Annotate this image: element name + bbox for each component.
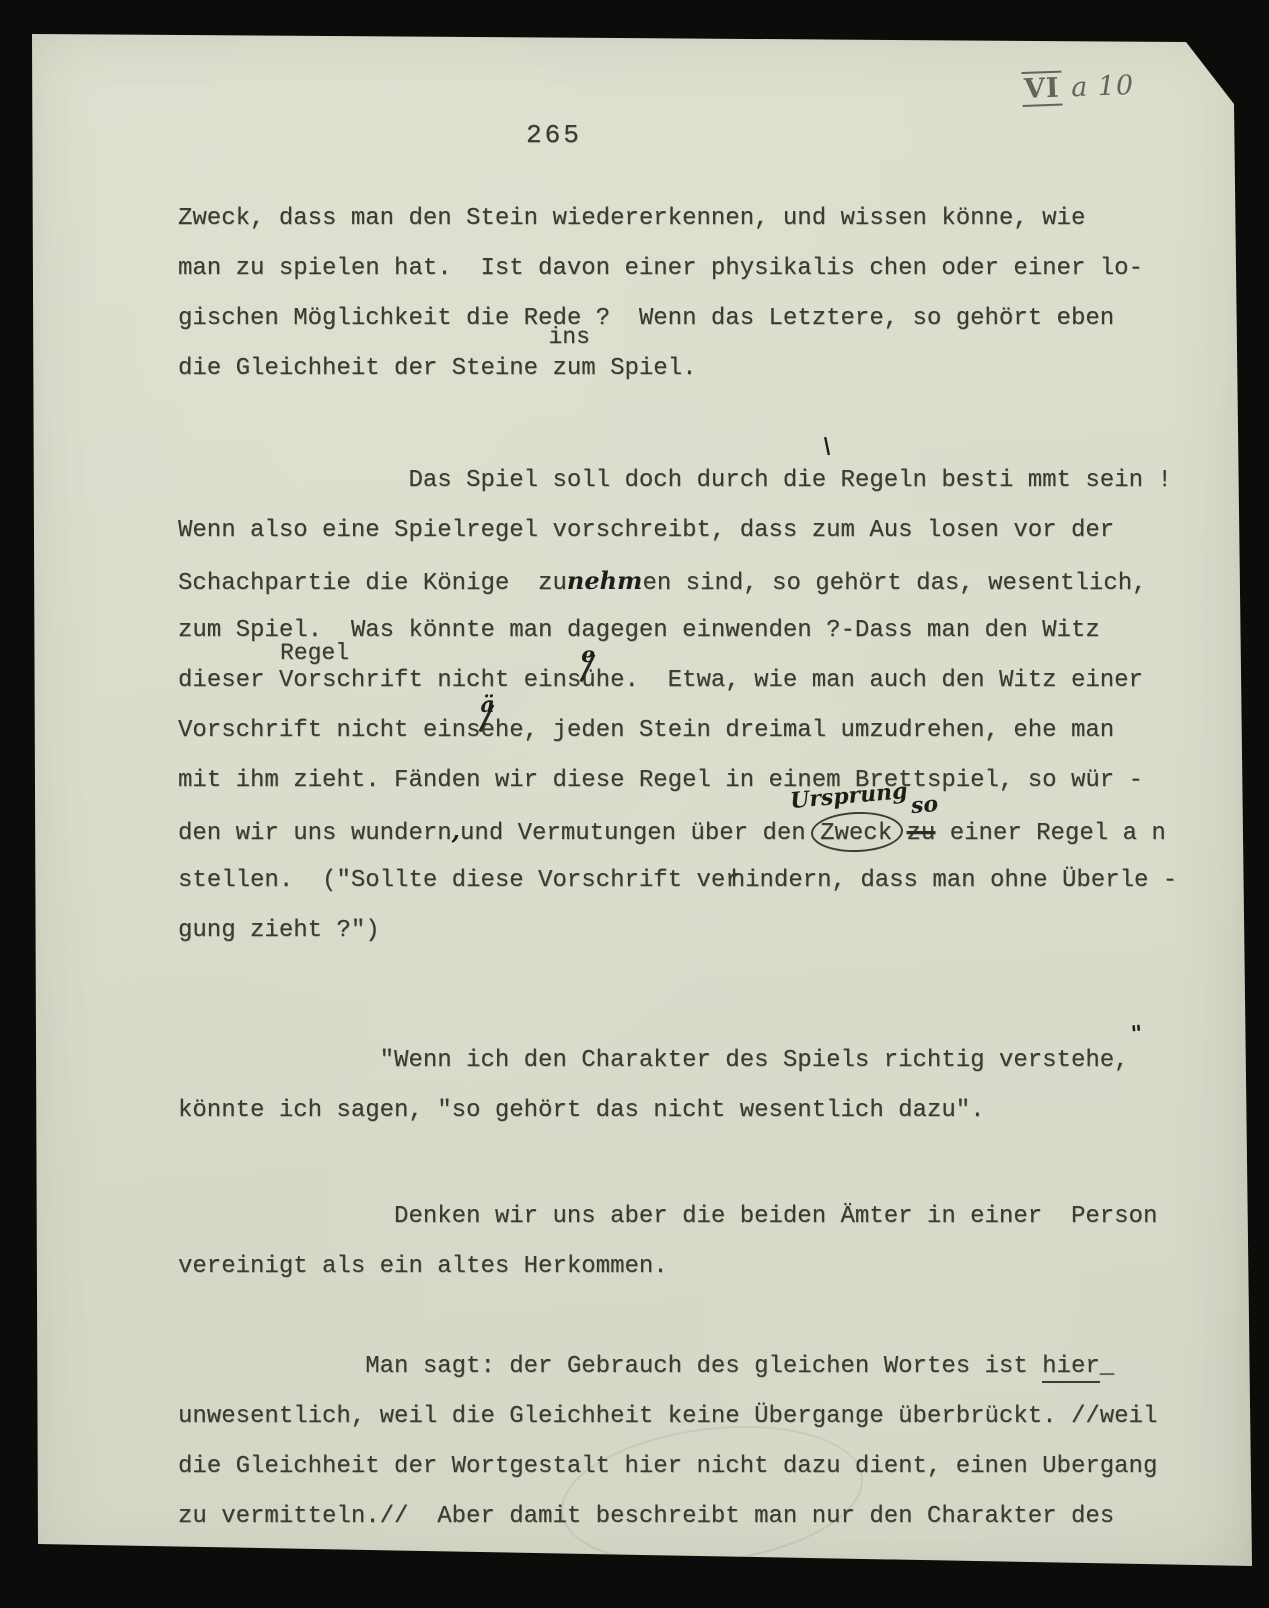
typescript-line: zu vermitteln.// Aber damit beschreibt m…: [178, 1492, 1238, 1542]
typed-text: Denken wir uns aber die beiden Ämter in …: [178, 1203, 1157, 1230]
typescript-line: Denken wir uns aber die beiden Ämter in …: [178, 1192, 1238, 1242]
paragraph: Zweck, dass man den Stein wiedererkennen…: [178, 194, 1238, 394]
circled-word: Zweck: [820, 820, 892, 847]
typed-text: Regeln besti mmt sein !: [841, 467, 1172, 494]
typed-text: dieser Vorschrift nicht eins: [178, 667, 581, 694]
typescript-line: Man sagt: der Gebrauch des gleichen Wort…: [178, 1342, 1238, 1392]
typescript-line: unwesentlich, weil die Gleichheit keine …: [178, 1392, 1238, 1442]
typescript-text: Zweck, dass man den Stein wiedererkennen…: [178, 194, 1238, 1542]
fold-crease: [1179, 25, 1241, 103]
typescript-line: "Wenn ich den Charakter des Spiels richt…: [178, 1036, 1238, 1086]
handwritten-letter: ä: [480, 680, 494, 730]
typescript-line: Wenn also eine Spielregel vorschreibt, d…: [178, 506, 1238, 556]
typescript-line: man zu spielen hat. Ist davon einer phys…: [178, 244, 1238, 294]
typed-text: Wenn also eine Spielregel vorschreibt, d…: [178, 517, 1114, 544]
handwritten-insertion: ": [1129, 1021, 1143, 1048]
handwritten-letter: e: [581, 630, 595, 680]
typescript-line: Regeldieser Vorschrift nicht einsüehe. E…: [178, 656, 1238, 706]
typed-text: den wir uns wundern: [178, 820, 452, 847]
paragraph: Denken wir uns aber die beiden Ämter in …: [178, 1192, 1238, 1292]
typescript-line: stellen. ("Sollte diese Vorschrift verhi…: [178, 856, 1238, 906]
typed-text: Das Spiel soll doch durch die: [178, 467, 841, 494]
typed-insertion: ins: [548, 324, 589, 350]
typed-text: man zu spielen hat. Ist davon einer phys…: [178, 255, 1143, 282]
typescript-line: könnte ich sagen, "so gehört das nicht w…: [178, 1086, 1238, 1136]
handwritten-insertion: \: [821, 433, 831, 460]
letter-correction: eä: [480, 706, 494, 756]
typed-text: indern, dass man ohne Überle -: [745, 867, 1177, 894]
typed-text: zu vermitteln.// Aber damit beschreibt m…: [178, 1503, 1114, 1530]
typed-text: stellen. ("Sollte diese Vorschrift ve: [178, 867, 725, 894]
typescript-line: mit ihm zieht. Fänden wir diese Regel in…: [178, 756, 1238, 806]
typescript-line: Schachpartie die Könige zunehmen sind, s…: [178, 556, 1238, 606]
typed-insertion: Regel: [280, 640, 349, 666]
paragraph: Das Spiel soll doch durch die \Regeln be…: [178, 456, 1238, 956]
typescript-line: vereinigt als ein altes Herkommen.: [178, 1242, 1238, 1292]
typescript-line: die Gleichheit der Wortgestalt hier nich…: [178, 1442, 1238, 1492]
typed-text: Man sagt: der Gebrauch des gleichen Wort…: [178, 1353, 1042, 1380]
typescript-line: Zweck, dass man den Stein wiedererkennen…: [178, 194, 1238, 244]
paragraph: "Wenn ich den Charakter des Spiels richt…: [178, 1036, 1238, 1136]
typed-text: Vorschrift nicht eins: [178, 717, 480, 744]
strikethrough-word: zu: [907, 820, 936, 847]
typed-text: könnte ich sagen, "so gehört das nicht w…: [178, 1097, 985, 1124]
typed-text: einer Regel a n: [935, 820, 1165, 847]
typescript-line: gung zieht ?"): [178, 906, 1238, 956]
archive-annotation: VI a 10: [1021, 70, 1134, 105]
typescript-line: Vorschrift nicht einseähe, jeden Stein d…: [178, 706, 1238, 756]
annotation-rest: a 10: [1061, 70, 1135, 104]
typed-text: Zweck, dass man den Stein wiedererkennen…: [178, 205, 1085, 232]
typed-text: he, jeden Stein dreimal umzudrehen, ehe …: [495, 717, 1114, 744]
typescript-page: VI a 10 265 Zweck, dass man den Stein wi…: [0, 0, 1269, 1608]
typed-text: unwesentlich, weil die Gleichheit keine …: [178, 1403, 1157, 1430]
typed-text: Schachpartie die Könige zu: [178, 570, 567, 597]
volume-numeral: VI: [1021, 71, 1062, 107]
page-number: 265: [526, 120, 582, 150]
typed-text: vereinigt als ein altes Herkommen.: [178, 1253, 668, 1280]
typed-text: die Gleichheit der Wortgestalt hier nich…: [178, 1453, 1157, 1480]
typescript-line: Das Spiel soll doch durch die \Regeln be…: [178, 456, 1238, 506]
handwritten-insertion: so: [909, 791, 938, 819]
typed-text: gischen Möglichkeit die Rede ? Wenn das …: [178, 305, 1114, 332]
handwritten-correction: nehm: [567, 566, 643, 595]
typed-text: und Vermutungen über den: [460, 820, 820, 847]
typed-text: zum Spiel.: [552, 355, 696, 382]
typescript-line: gischen Möglichkeit die Rede ? Wenn das …: [178, 294, 1238, 344]
letter-correction: üe: [581, 656, 595, 706]
typed-text: gung zieht ?"): [178, 917, 380, 944]
typed-text: _: [1100, 1353, 1114, 1380]
typescript-line: die Gleichheit der Steine inszum Spiel.: [178, 344, 1238, 394]
typescript-line: den wir uns wundern,und Vermutungen über…: [178, 806, 1238, 856]
typed-text: he. Etwa, wie man auch den Witz einer: [596, 667, 1143, 694]
overtyped-letters: rh: [725, 867, 736, 894]
photograph-background: VI a 10 265 Zweck, dass man den Stein wi…: [0, 0, 1269, 1608]
paragraph: Man sagt: der Gebrauch des gleichen Wort…: [178, 1342, 1238, 1542]
typed-text: en sind, so gehört das, wesentlich,: [642, 570, 1146, 597]
handwritten-correction: ,: [452, 816, 460, 845]
typed-text: "Wenn ich den Charakter des Spiels richt…: [178, 1047, 1129, 1074]
typed-text: die Gleichheit der Steine: [178, 355, 552, 382]
underlined-word: hier: [1042, 1353, 1100, 1383]
typed-text: mit ihm zieht. Fänden wir diese Regel in…: [178, 767, 1143, 794]
